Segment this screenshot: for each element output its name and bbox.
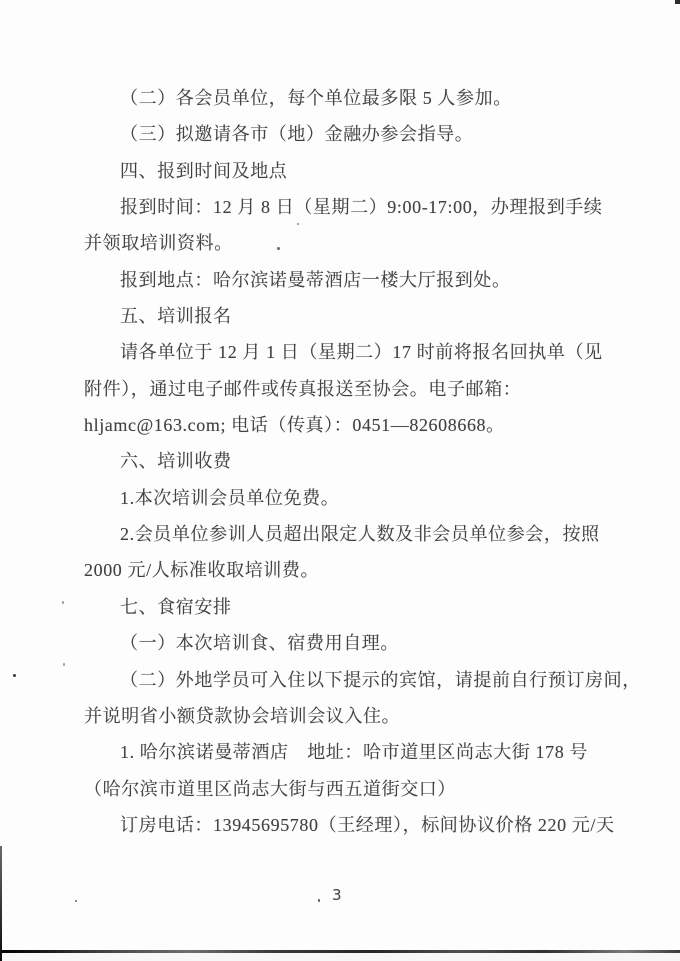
scanned-document: { "document": { "page_number": "3", "col… (0, 0, 680, 961)
text-line: 2.会员单位参训人员超出限定人数及非会员单位参会，按照 (84, 516, 644, 552)
text-line: hljamc@163.com; 电话（传真）：0451—82608668。 (84, 407, 644, 443)
scan-speck (297, 223, 299, 225)
text-line: 五、培训报名 (84, 298, 644, 334)
text-line: 报到时间：12 月 8 日（星期二）9:00-17:00，办理报到手续 (84, 189, 644, 225)
document-body: （二）各会员单位，每个单位最多限 5 人参加。（三）拟邀请各市（地）金融办参会指… (84, 80, 644, 843)
scanned-page: （二）各会员单位，每个单位最多限 5 人参加。（三）拟邀请各市（地）金融办参会指… (0, 0, 680, 961)
text-line: 报到地点：哈尔滨诺曼蒂酒店一楼大厅报到处。 (84, 262, 644, 298)
page-number: 3 (332, 886, 342, 904)
text-line: 七、食宿安排 (84, 589, 644, 625)
text-line: （二）外地学员可入住以下提示的宾馆，请提前自行预订房间， (84, 662, 644, 698)
scan-speck (318, 899, 320, 902)
scan-speck (63, 663, 65, 666)
scan-corner-mark (675, 0, 680, 4)
text-line: （二）各会员单位，每个单位最多限 5 人参加。 (84, 80, 644, 116)
text-line: （三）拟邀请各市（地）金融办参会指导。 (84, 116, 644, 152)
text-line: 六、培训收费 (84, 443, 644, 479)
scan-speck (75, 900, 77, 902)
scan-edge-left (0, 846, 2, 961)
scan-speck (13, 674, 16, 677)
text-line: 1.本次培训会员单位免费。 (84, 480, 644, 516)
text-line: 请各单位于 12 月 1 日（星期二）17 时前将报名回执单（见 (84, 334, 644, 370)
text-line: 四、报到时间及地点 (84, 153, 644, 189)
scan-speck (62, 601, 64, 604)
text-line: （哈尔滨市道里区尚志大街与西五道街交口） (84, 771, 644, 807)
text-line: 2000 元/人标准收取培训费。 (84, 552, 644, 588)
text-line: （一）本次培训食、宿费用自理。 (84, 625, 644, 661)
text-line: 1. 哈尔滨诺曼蒂酒店 地址：哈市道里区尚志大街 178 号 (84, 734, 644, 770)
scan-speck (277, 247, 280, 250)
text-line: 并说明省小额贷款协会培训会议入住。 (84, 698, 644, 734)
text-line: 订房电话：13945695780（王经理），标间协议价格 220 元/天 (84, 807, 644, 843)
text-line: 附件），通过电子邮件或传真报送至协会。电子邮箱： (84, 371, 644, 407)
scan-area-below-edge (0, 953, 680, 961)
text-line: 并领取培训资料。 (84, 225, 644, 261)
